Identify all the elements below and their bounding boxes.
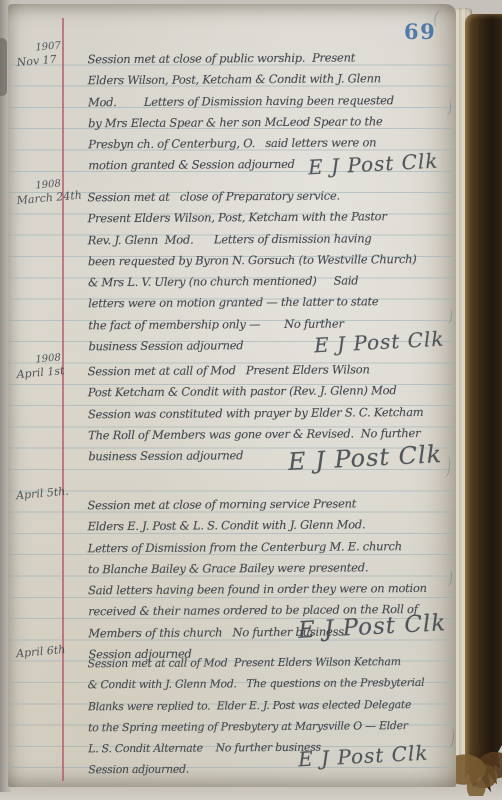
page-number: 69 xyxy=(404,19,436,44)
ledger-photo: 69 1907 Nov 17 Session met at close of p… xyxy=(0,0,502,800)
red-margin-line xyxy=(62,18,64,781)
cover-frayed-leather xyxy=(455,752,502,796)
book-cover xyxy=(465,14,502,800)
ledger-page: 69 1907 Nov 17 Session met at close of p… xyxy=(8,4,456,787)
left-edge-notch xyxy=(0,38,7,96)
entry-body-text: Session met at close of morning service … xyxy=(87,493,458,666)
